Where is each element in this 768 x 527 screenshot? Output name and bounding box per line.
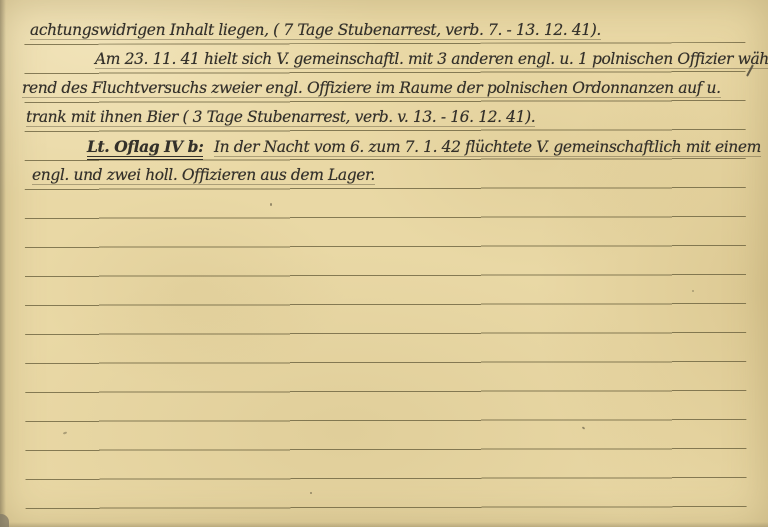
- handwriting-text: rend des Fluchtversuchs zweier engl. Off…: [22, 79, 721, 97]
- handwriting-text: engl. und zwei holl. Offizieren aus dem …: [32, 166, 375, 184]
- camp-heading: Lt. Oflag IV b:: [87, 137, 203, 160]
- handwriting-line-3: rend des Fluchtversuchs zweier engl. Off…: [22, 76, 721, 101]
- handwriting-line-1: achtungswidrigen Inhalt liegen, ( 7 Tage…: [30, 18, 601, 43]
- handwriting-text: Am 23. 11. 41 hielt sich V. gemeinschaft…: [95, 50, 768, 68]
- ink-speckle: [310, 492, 312, 494]
- document-page: achtungswidrigen Inhalt liegen, ( 7 Tage…: [0, 0, 768, 527]
- scan-corner-artifact: [0, 514, 9, 527]
- handwriting-line-5: Lt. Oflag IV b: In der Nacht vom 6. zum …: [87, 134, 761, 159]
- handwriting-text: achtungswidrigen Inhalt liegen, ( 7 Tage…: [30, 21, 601, 39]
- page-edge-shading: [0, 522, 768, 527]
- handwriting-text: In der Nacht vom 6. zum 7. 1. 42 flüchte…: [214, 138, 761, 156]
- handwriting-line-4: trank mit ihnen Bier ( 3 Tage Stubenarre…: [26, 105, 535, 130]
- handwriting-line-2: Am 23. 11. 41 hielt sich V. gemeinschaft…: [95, 47, 768, 72]
- ink-speckle: [692, 290, 694, 292]
- page-edge-shading: [0, 0, 6, 527]
- handwriting-text: trank mit ihnen Bier ( 3 Tage Stubenarre…: [26, 108, 535, 126]
- handwriting-line-6: engl. und zwei holl. Offizieren aus dem …: [32, 163, 375, 188]
- ink-speckle: [270, 203, 272, 206]
